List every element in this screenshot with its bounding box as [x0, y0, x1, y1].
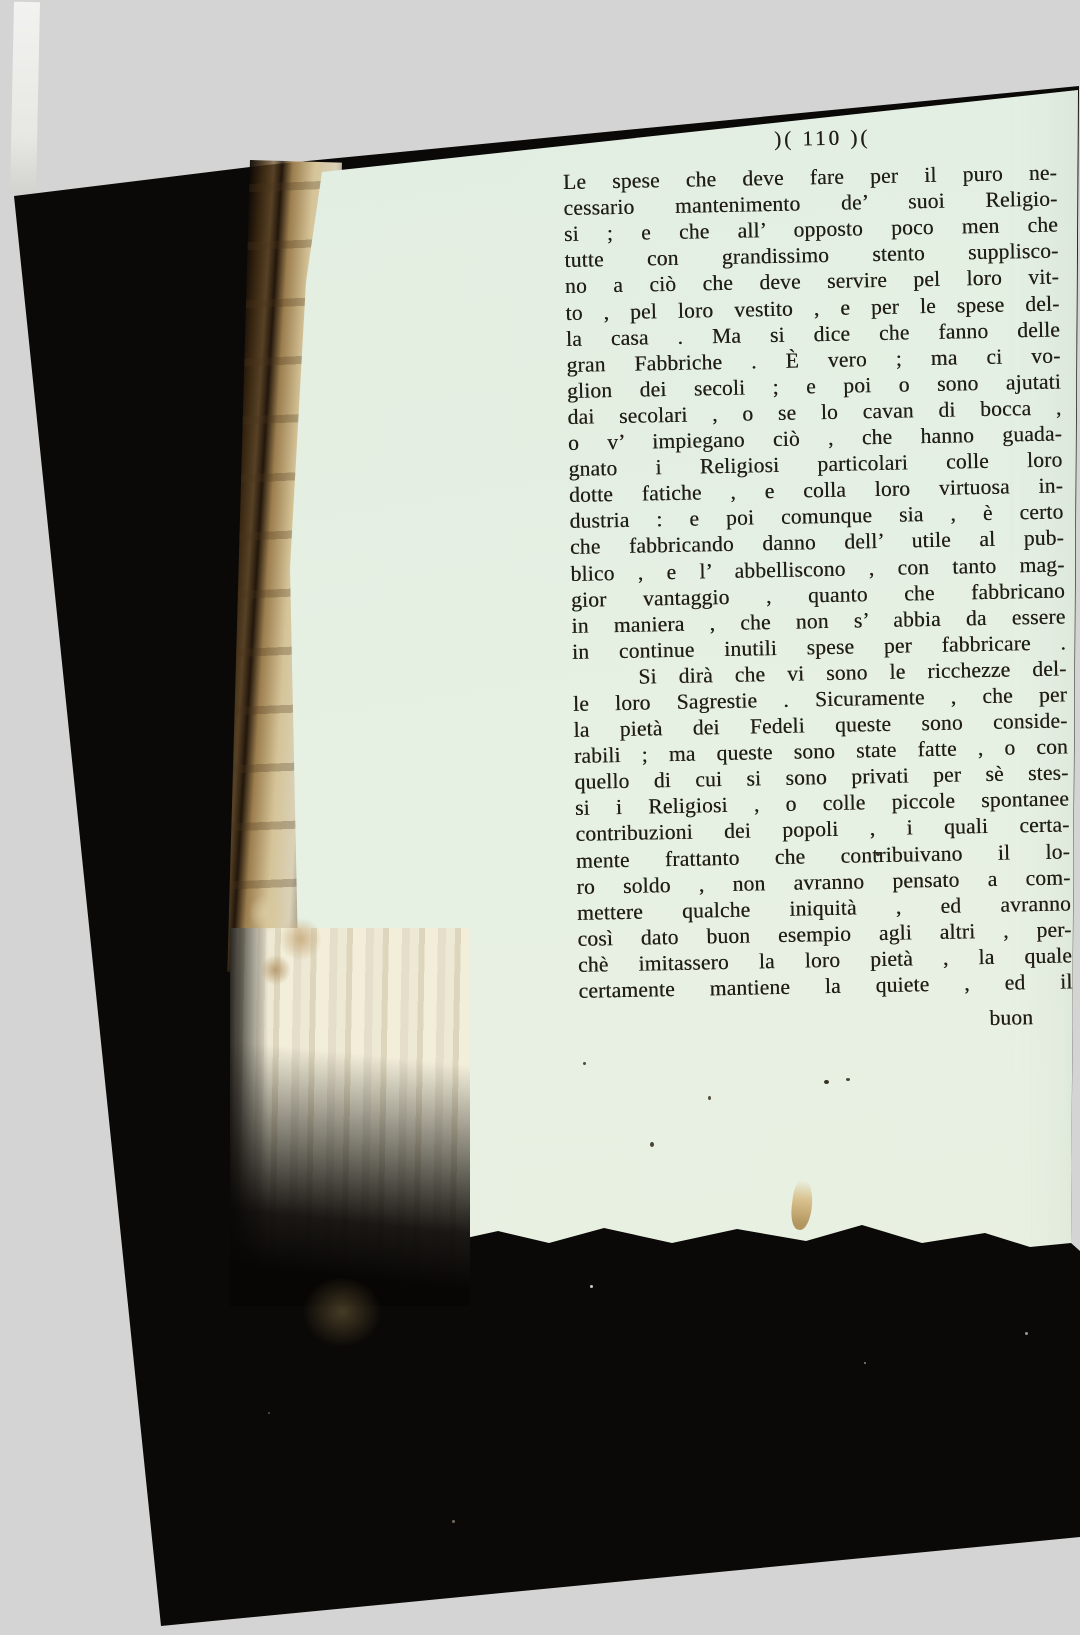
ink-speck [650, 1142, 654, 1147]
text-block: )( 110 )( Le spese che deve fare per il … [562, 121, 1073, 1040]
smear-fade-glow [286, 1274, 398, 1374]
dust-speck [1025, 1332, 1028, 1335]
dust-speck [268, 1412, 270, 1414]
dust-speck [864, 1362, 866, 1364]
adjacent-page-edge-sliver [10, 2, 40, 195]
ink-speck [708, 1096, 711, 1100]
ink-speck [824, 1080, 829, 1084]
ink-speck [583, 1062, 586, 1065]
ink-speck [846, 1078, 850, 1081]
page-number-header: )( 110 )( [562, 121, 1056, 157]
dust-speck [452, 1520, 455, 1523]
dust-speck [590, 1285, 593, 1288]
torn-paper-blob [236, 882, 340, 992]
scanned-book-page: )( 110 )( Le spese che deve fare per il … [0, 0, 1080, 1635]
page-text-column: Le spese che deve fare per il puro ne-ce… [563, 160, 1073, 1004]
